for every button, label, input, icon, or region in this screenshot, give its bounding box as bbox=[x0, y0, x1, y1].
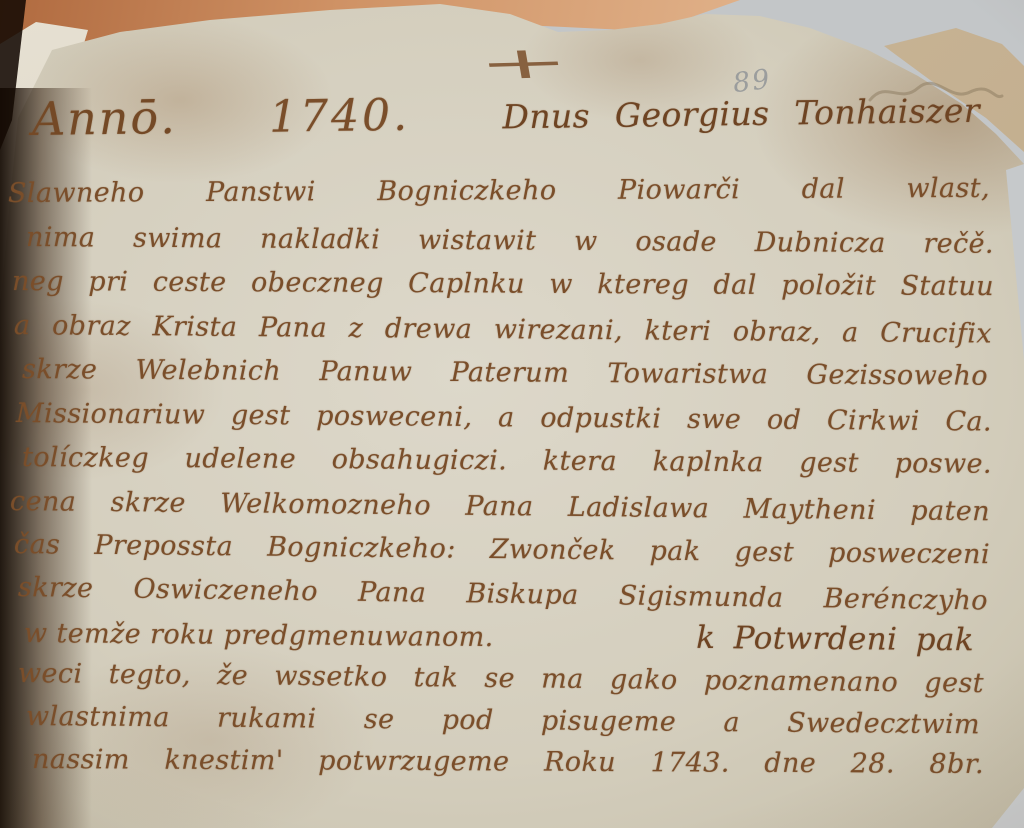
manuscript-line: neg pri ceste obeczneg Caplnku w ktereg … bbox=[12, 266, 994, 304]
manuscript-line: Slawneho Panstwi Bogniczkeho Piowarči da… bbox=[8, 173, 990, 211]
manuscript-line: tolíczkeg udelene obsahugiczi. ktera kap… bbox=[22, 442, 992, 481]
ink-cross-mark: + bbox=[473, 37, 574, 90]
photo-of-manuscript: + 89 Annō. 1740. Dnus Georgius Tonhaisze… bbox=[0, 0, 1024, 828]
year-1740: 1740. bbox=[269, 90, 411, 145]
manuscript-line: nima swima nakladki wistawit w osade Dub… bbox=[26, 222, 994, 261]
line12-right: k Potwrdeni pak bbox=[696, 620, 974, 660]
anno-word: Annō. bbox=[32, 90, 178, 147]
manuscript-line: nassim knestim' potwrzugeme Roku 1743. d… bbox=[32, 744, 984, 781]
manuscript-line: skrze Welebnich Panuw Paterum Towaristwa… bbox=[22, 354, 988, 393]
heading-name: Dnus Georgius Tonhaiszer bbox=[502, 91, 980, 137]
line12-left: w temže roku predgmenuwanom. bbox=[24, 618, 494, 654]
